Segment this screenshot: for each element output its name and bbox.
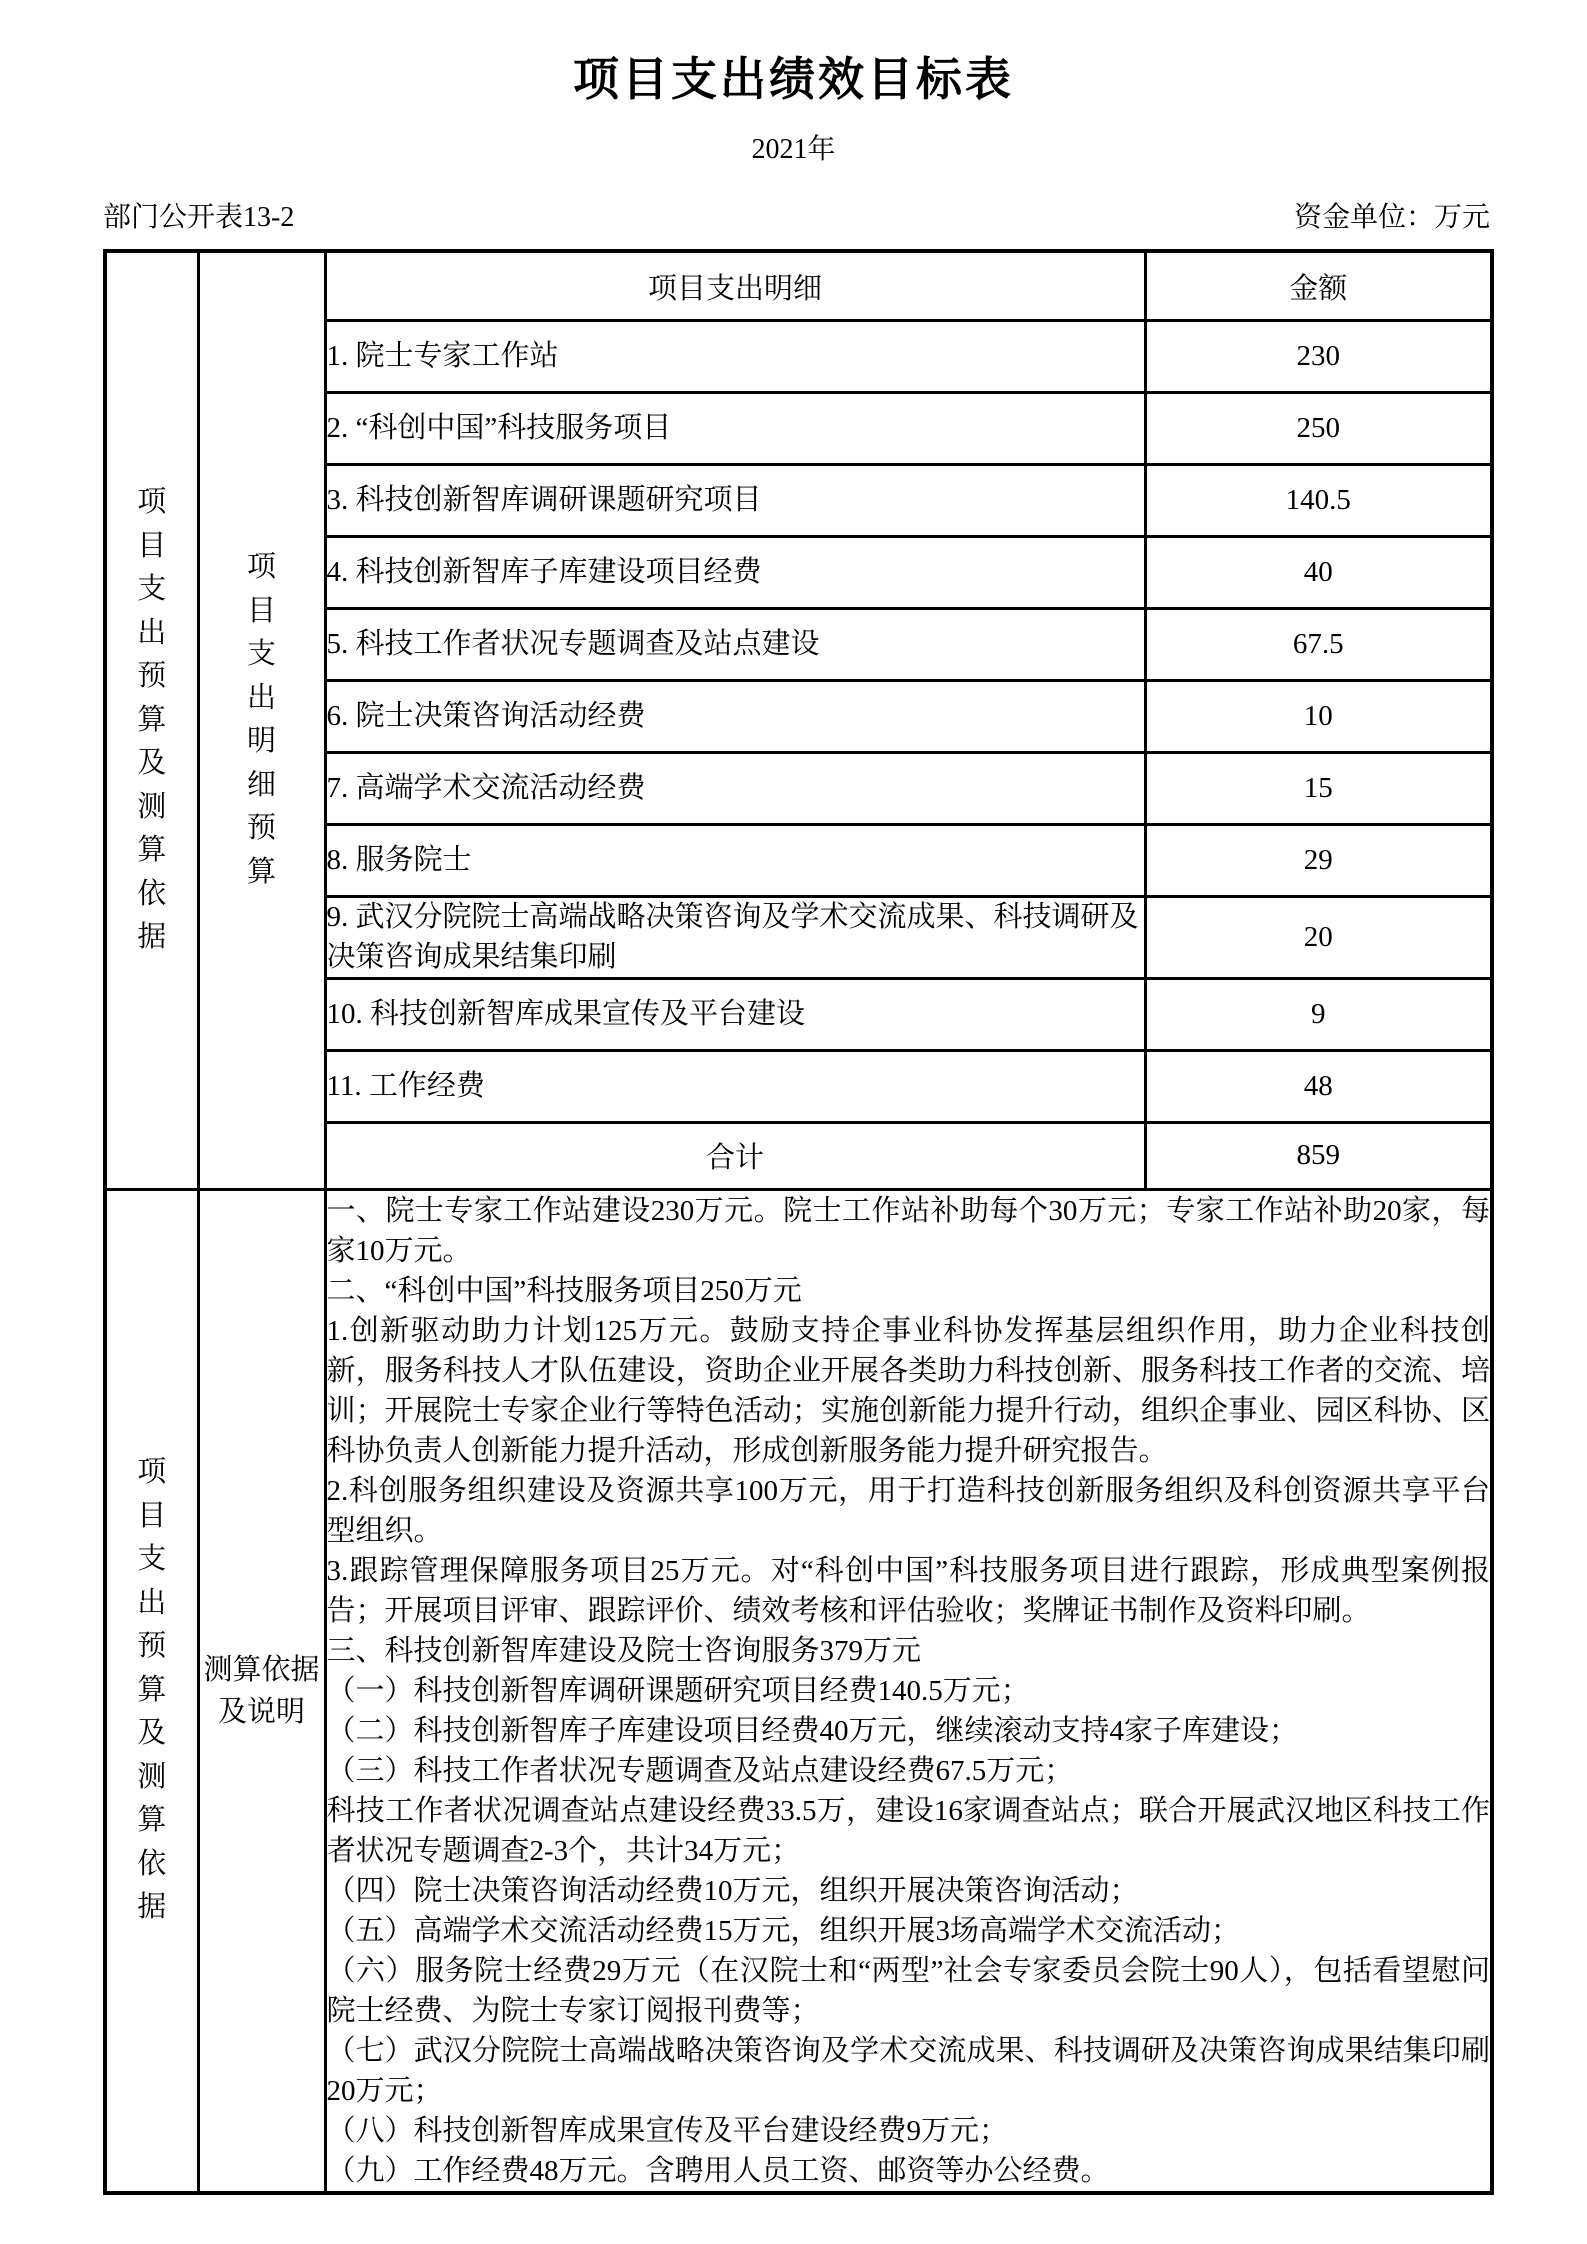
expense-detail: 1. 院士专家工作站 [325,321,1145,393]
row-group-header-bottom-label: 项目支出预算及测算依据 [136,1451,168,1930]
expense-detail: 10. 科技创新智库成果宣传及平台建设 [325,978,1145,1050]
page-subtitle: 2021年 [0,127,1587,167]
note-paragraph: 3.跟踪管理保障服务项目25万元。对“科创中国”科技服务项目进行跟踪，形成典型案… [327,1551,1491,1631]
notes-cell: 一、院士专家工作站建设230万元。院士工作站补助每个30万元；专家工作站补助20… [325,1189,1492,2193]
expense-amount: 140.5 [1145,465,1492,537]
expense-detail: 11. 工作经费 [325,1050,1145,1122]
expense-amount: 9 [1145,978,1492,1050]
note-paragraph: 二、“科创中国”科技服务项目250万元 [327,1271,1491,1311]
section-header-top-label: 项目支出明细预算 [246,546,278,894]
notes-row: 项目支出预算及测算依据 测算依据及说明 一、院士专家工作站建设230万元。院士工… [105,1189,1492,2193]
expense-amount: 15 [1145,753,1492,825]
total-label: 合计 [325,1122,1145,1189]
expense-detail: 9. 武汉分院院士高端战略决策咨询及学术交流成果、科技调研及决策咨询成果结集印刷 [325,897,1145,978]
expense-detail: 3. 科技创新智库调研课题研究项目 [325,465,1145,537]
note-paragraph: （九）工作经费48万元。含聘用人员工资、邮资等办公经费。 [327,2151,1491,2191]
expense-detail: 7. 高端学术交流活动经费 [325,753,1145,825]
budget-table: 项目支出预算及测算依据 项目支出明细预算 项目支出明细 金额 1. 院士专家工作… [103,249,1494,2195]
expense-detail: 2. “科创中国”科技服务项目 [325,393,1145,465]
column-header-detail: 项目支出明细 [325,251,1145,321]
row-group-header-bottom: 项目支出预算及测算依据 [105,1189,198,2193]
expense-amount: 10 [1145,681,1492,753]
row-group-header-top-label: 项目支出预算及测算依据 [136,481,168,960]
document-page: 项目支出绩效目标表 2021年 部门公开表13-2 资金单位：万元 项目支出预算… [0,0,1587,2244]
expense-amount: 250 [1145,393,1492,465]
note-paragraph: （八）科技创新智库成果宣传及平台建设经费9万元； [327,2111,1491,2151]
expense-detail: 6. 院士决策咨询活动经费 [325,681,1145,753]
page-title: 项目支出绩效目标表 [0,0,1587,107]
note-paragraph: （二）科技创新智库子库建设项目经费40万元，继续滚动支持4家子库建设； [327,1711,1491,1751]
note-paragraph: （一）科技创新智库调研课题研究项目经费140.5万元； [327,1671,1491,1711]
expense-amount: 48 [1145,1050,1492,1122]
section-header-bottom: 测算依据及说明 [198,1189,325,2193]
expense-amount: 40 [1145,537,1492,609]
note-paragraph: 1.创新驱动助力计划125万元。鼓励支持企事业科协发挥基层组织作用，助力企业科技… [327,1311,1491,1471]
row-group-header-top: 项目支出预算及测算依据 [105,251,198,1189]
note-paragraph: 三、科技创新智库建设及院士咨询服务379万元 [327,1631,1491,1671]
expense-amount: 29 [1145,825,1492,897]
expense-amount: 20 [1145,897,1492,978]
note-paragraph: 一、院士专家工作站建设230万元。院士工作站补助每个30万元；专家工作站补助20… [327,1191,1491,1271]
expense-amount: 67.5 [1145,609,1492,681]
column-header-amount: 金额 [1145,251,1492,321]
total-amount: 859 [1145,1122,1492,1189]
note-paragraph: 2.科创服务组织建设及资源共享100万元，用于打造科技创新服务组织及科创资源共享… [327,1471,1491,1551]
note-paragraph: （六）服务院士经费29万元（在汉院士和“两型”社会专家委员会院士90人），包括看… [327,1951,1491,2031]
note-paragraph: （三）科技工作者状况专题调查及站点建设经费67.5万元； [327,1751,1491,1791]
header-row: 项目支出预算及测算依据 项目支出明细预算 项目支出明细 金额 [105,251,1492,321]
table-code-label: 部门公开表13-2 [103,195,294,235]
note-paragraph: （五）高端学术交流活动经费15万元，组织开展3场高端学术交流活动； [327,1911,1491,1951]
currency-unit-label: 资金单位：万元 [1294,195,1490,235]
note-paragraph: （七）武汉分院院士高端战略决策咨询及学术交流成果、科技调研及决策咨询成果结集印刷… [327,2031,1491,2111]
meta-row: 部门公开表13-2 资金单位：万元 [103,195,1490,235]
section-header-top: 项目支出明细预算 [198,251,325,1189]
expense-detail: 4. 科技创新智库子库建设项目经费 [325,537,1145,609]
expense-amount: 230 [1145,321,1492,393]
note-paragraph: （四）院士决策咨询活动经费10万元，组织开展决策咨询活动； [327,1871,1491,1911]
note-paragraph: 科技工作者状况调查站点建设经费33.5万，建设16家调查站点；联合开展武汉地区科… [327,1791,1491,1871]
expense-detail: 5. 科技工作者状况专题调查及站点建设 [325,609,1145,681]
expense-detail: 8. 服务院士 [325,825,1145,897]
